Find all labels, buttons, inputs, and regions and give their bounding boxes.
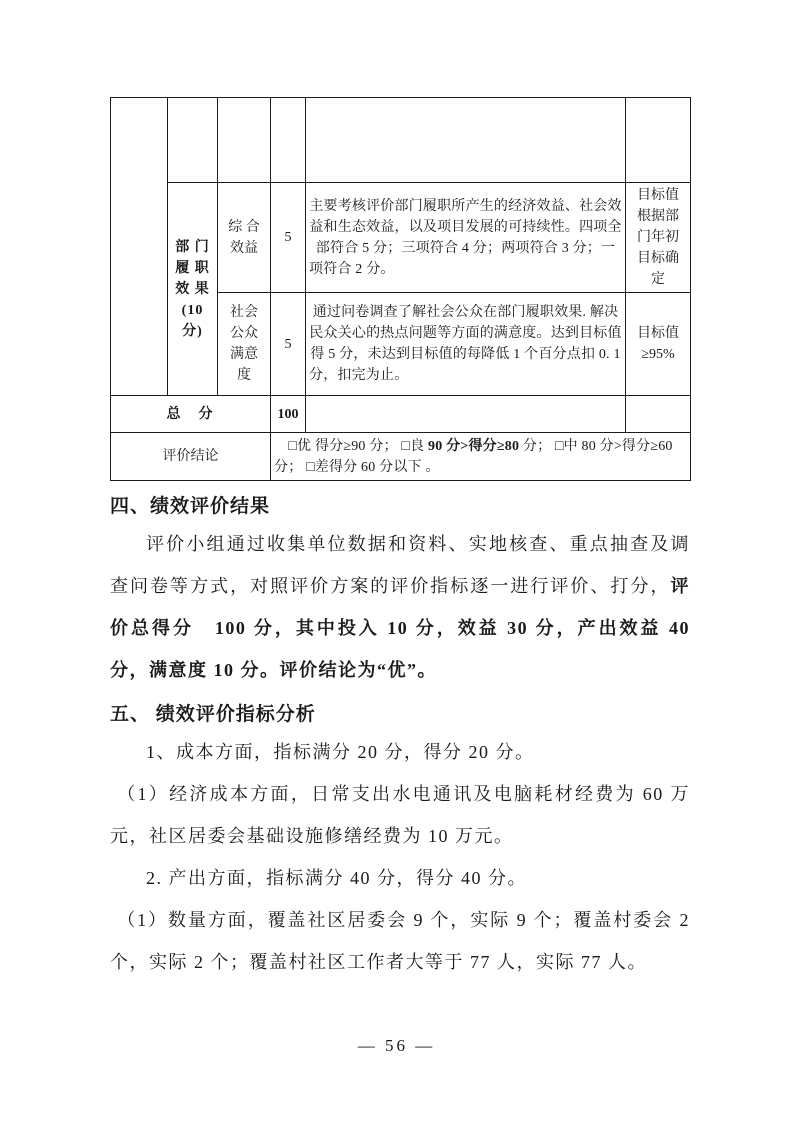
conclusion-text-cell: □优 得分≥90 分； □良 90 分>得分≥80 分； □中 80 分>得分≥… [271,433,691,481]
target-value-cell: 目标值 根据部 门年初 目标确 定 [626,183,691,293]
conclusion-label-cell: 评价结论 [111,433,271,481]
conclusion-text-bold: 90 分>得分≥80 [428,439,519,454]
section-4-heading: 四、绩效评价结果 [110,491,690,523]
empty-cell [271,98,306,183]
table-row-comprehensive-benefit: 部 门 履 职 效 果 (10 分) 综 合 效益 5 主要考核评价部门履职所产… [111,183,691,293]
section-4-paragraph: 评价小组通过收集单位数据和资料、实地核查、重点抽查及调查问卷等方式，对照评价方案… [110,523,690,691]
paragraph-text-normal: 评价小组通过收集单位数据和资料、实地核查、重点抽查及调查问卷等方式，对照评价方案… [110,534,690,596]
economic-cost-paragraph: （1）经济成本方面，日常支出水电通讯及电脑耗材经费为 60 万元，社区居委会基础… [110,773,690,857]
conclusion-text-normal: □优 得分≥90 分； □良 [288,439,428,454]
cost-summary-paragraph: 1、成本方面，指标满分 20 分，得分 20 分。 [110,731,690,773]
empty-cell [306,396,626,433]
score-cell: 5 [271,293,306,396]
page-content: 部 门 履 职 效 果 (10 分) 综 合 效益 5 主要考核评价部门履职所产… [110,97,690,983]
criteria-cell: 主要考核评价部门履职所产生的经济效益、社会效益和生态效益，以及项目发展的可持续性… [306,183,626,293]
indicator-cell: 综 合 效益 [218,183,271,293]
target-value-cell: 目标值 ≥95% [626,293,691,396]
left-spacer-cell [111,98,168,396]
quantity-paragraph: （1）数量方面，覆盖社区居委会 9 个，实际 9 个；覆盖村委会 2 个，实际 … [110,899,690,983]
score-cell: 5 [271,183,306,293]
total-label-cell: 总 分 [111,396,271,433]
table-row-total: 总 分 100 [111,396,691,433]
section-5-heading: 五、 绩效评价指标分析 [110,699,690,731]
dept-performance-group-cell: 部 门 履 职 效 果 (10 分) [168,183,218,396]
indicator-cell: 社会 公众 满意 度 [218,293,271,396]
total-score-cell: 100 [271,396,306,433]
empty-cell [306,98,626,183]
document-page: 部 门 履 职 效 果 (10 分) 综 合 效益 5 主要考核评价部门履职所产… [0,0,793,1122]
page-number: — 56 — [0,1036,793,1056]
table-row-conclusion: 评价结论 □优 得分≥90 分； □良 90 分>得分≥80 分； □中 80 … [111,433,691,481]
empty-cell [218,98,271,183]
evaluation-table: 部 门 履 职 效 果 (10 分) 综 合 效益 5 主要考核评价部门履职所产… [110,97,691,481]
empty-cell [626,98,691,183]
empty-cell [626,396,691,433]
table-row-empty [111,98,691,183]
criteria-cell: 通过问卷调查了解社会公众在部门履职效果. 解决民众关心的热点问题等方面的满意度。… [306,293,626,396]
output-summary-paragraph: 2. 产出方面，指标满分 40 分，得分 40 分。 [110,857,690,899]
empty-cell [168,98,218,183]
